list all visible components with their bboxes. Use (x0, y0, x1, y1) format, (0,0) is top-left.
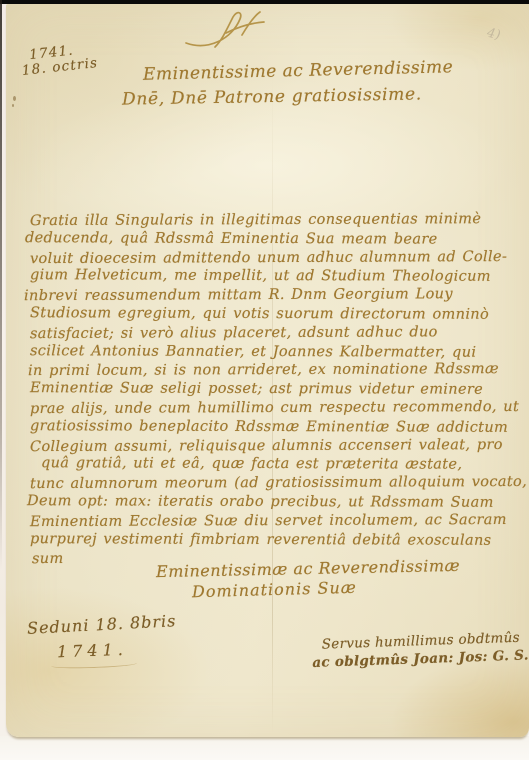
body-line: scilicet Antonius Bannatier, et Joannes … (30, 342, 522, 363)
body-line: Collegium assumi, reliquisque alumnis ac… (30, 435, 522, 456)
body-line: quâ gratiâ, uti et eâ, quæ facta est præ… (41, 455, 522, 475)
body-line: purpurej vestimenti fimbriam reverentiâ … (30, 530, 522, 551)
body-line: Eminentiam Ecclesiæ Suæ diu servet incol… (30, 511, 522, 532)
archival-date-note: 1741. 18. octris (20, 41, 99, 79)
ink-speck (12, 104, 14, 107)
folio-mark: 4) (486, 26, 502, 43)
body-line: Studiosum egregium, qui votis suorum dir… (30, 304, 522, 325)
invocation-flourish-icon (182, 9, 274, 51)
scanned-letter-page: 1741. 18. octris 4) Eminentissime ac Rev… (0, 0, 529, 760)
body-line: in primi locum, si is non arrideret, ex … (28, 360, 522, 381)
salutation-line-1: Eminentissime ac Reverendissime (143, 57, 454, 85)
signature-block: Servus humillimus obdtmûs ac oblgtmûs Jo… (321, 629, 529, 671)
letter-paper: 1741. 18. octris 4) Eminentissime ac Rev… (6, 4, 529, 737)
place-dateline: Seduni 18. 8bris (27, 611, 177, 638)
body-line: inbrevi reassumendum mittam R. Dnm Georg… (24, 285, 522, 306)
body-line: satisfaciet; si verò alius placeret, ads… (30, 323, 522, 344)
body-line: Deum opt: max: iteratis orabo precibus, … (27, 492, 522, 513)
body-line: Gratia illa Singularis in illegitimas co… (30, 210, 522, 231)
body-line: deducenda, quâ Rdssmâ Eminentia Sua meam… (25, 229, 522, 250)
body-line: prae alijs, unde cum humillimo cum respe… (30, 398, 522, 419)
body-line: gium Helveticum, me impellit, ut ad Stud… (30, 267, 522, 288)
dateline-year: 1741. (57, 640, 128, 661)
body-line: voluit dioecesim admittendo unum adhuc a… (30, 248, 522, 269)
closing-line-2: Dominationis Suæ (192, 578, 357, 602)
body-line: gratiosissimo beneplacito Rdssmæ Eminent… (30, 417, 522, 438)
scan-background-bottom (0, 736, 529, 760)
body-line: tunc alumnorum meorum (ad gratiosissimum… (30, 473, 522, 494)
scan-border-left (0, 0, 2, 570)
salutation-line-2: Dnē, Dnē Patrone gratiosissime. (122, 84, 422, 109)
ink-speck (13, 96, 16, 101)
letter-body: Gratia illa Singularis in illegitimas co… (30, 211, 522, 568)
body-line: Eminentiæ Suæ seligi posset; ast primus … (30, 379, 522, 400)
